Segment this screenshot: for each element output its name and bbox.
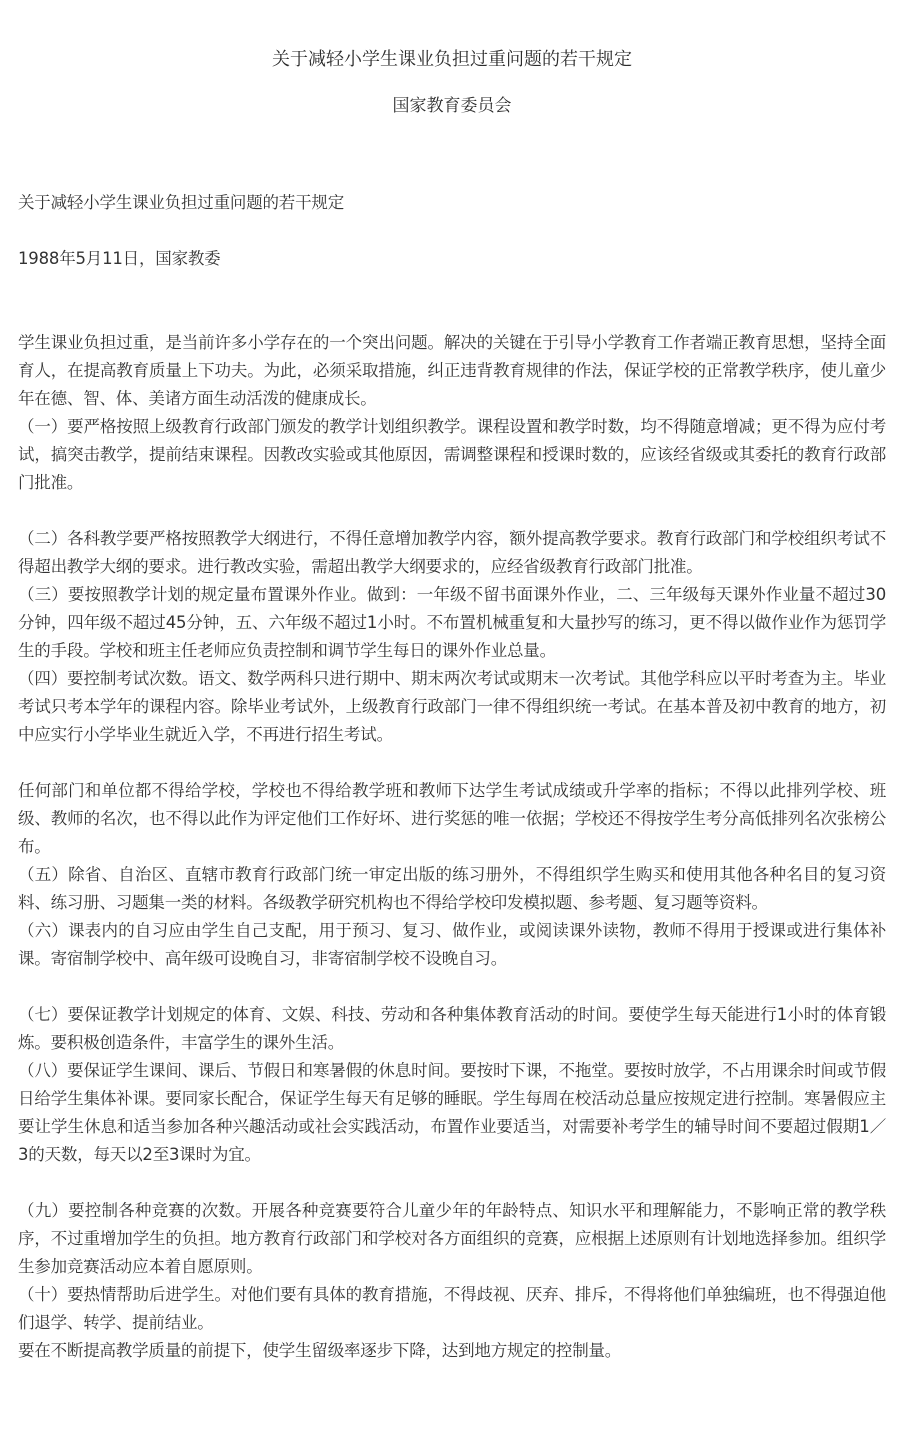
paragraph-item-5: （五）除省、自治区、直辖市教育行政部门统一审定出版的练习册外，不得组织学生购买和… [18, 861, 886, 917]
paragraph-closing: 要在不断提高教学质量的前提下，使学生留级率逐步下降，达到地方规定的控制量。 [18, 1337, 886, 1365]
document-title: 关于减轻小学生课业负担过重问题的若干规定 [0, 0, 904, 74]
paragraph-item-2: （二）各科教学要严格按照教学大纲进行，不得任意增加教学内容，额外提高教学要求。教… [18, 525, 886, 581]
paragraph-item-7: （七）要保证教学计划规定的体育、文娱、科技、劳动和各种集体教育活动的时间。要使学… [18, 1001, 886, 1057]
document-body: 关于减轻小学生课业负担过重问题的若干规定 1988年5月11日，国家教委 学生课… [0, 189, 904, 1365]
date-line: 1988年5月11日，国家教委 [18, 245, 886, 273]
paragraph-item-10: （十）要热情帮助后进学生。对他们要有具体的教育措施，不得歧视、厌弃、排斥，不得将… [18, 1281, 886, 1337]
body-subtitle: 关于减轻小学生课业负担过重问题的若干规定 [18, 189, 886, 217]
paragraph-item-1: （一）要严格按照上级教育行政部门颁发的教学计划组织教学。课程设置和教学时数，均不… [18, 413, 886, 497]
document-header: 关于减轻小学生课业负担过重问题的若干规定 国家教育委员会 [0, 0, 904, 120]
document-issuer: 国家教育委员会 [0, 74, 904, 120]
paragraph-intro: 学生课业负担过重，是当前许多小学存在的一个突出问题。解决的关键在于引导小学教育工… [18, 329, 886, 413]
paragraph-item-9: （九）要控制各种竞赛的次数。开展各种竞赛要符合儿童少年的年龄特点、知识水平和理解… [18, 1197, 886, 1281]
paragraph-item-3: （三）要按照教学计划的规定量布置课外作业。做到：一年级不留书面课外作业，二、三年… [18, 581, 886, 665]
paragraph-item-4: （四）要控制考试次数。语文、数学两科只进行期中、期末两次考试或期末一次考试。其他… [18, 665, 886, 749]
paragraph-item-6: （六）课表内的自习应由学生自己支配，用于预习、复习、做作业，或阅读课外读物，教师… [18, 917, 886, 973]
paragraph-item-8: （八）要保证学生课间、课后、节假日和寒暑假的休息时间。要按时下课，不拖堂。要按时… [18, 1057, 886, 1169]
paragraph-rankings: 任何部门和单位都不得给学校，学校也不得给教学班和教师下达学生考试成绩或升学率的指… [18, 777, 886, 861]
